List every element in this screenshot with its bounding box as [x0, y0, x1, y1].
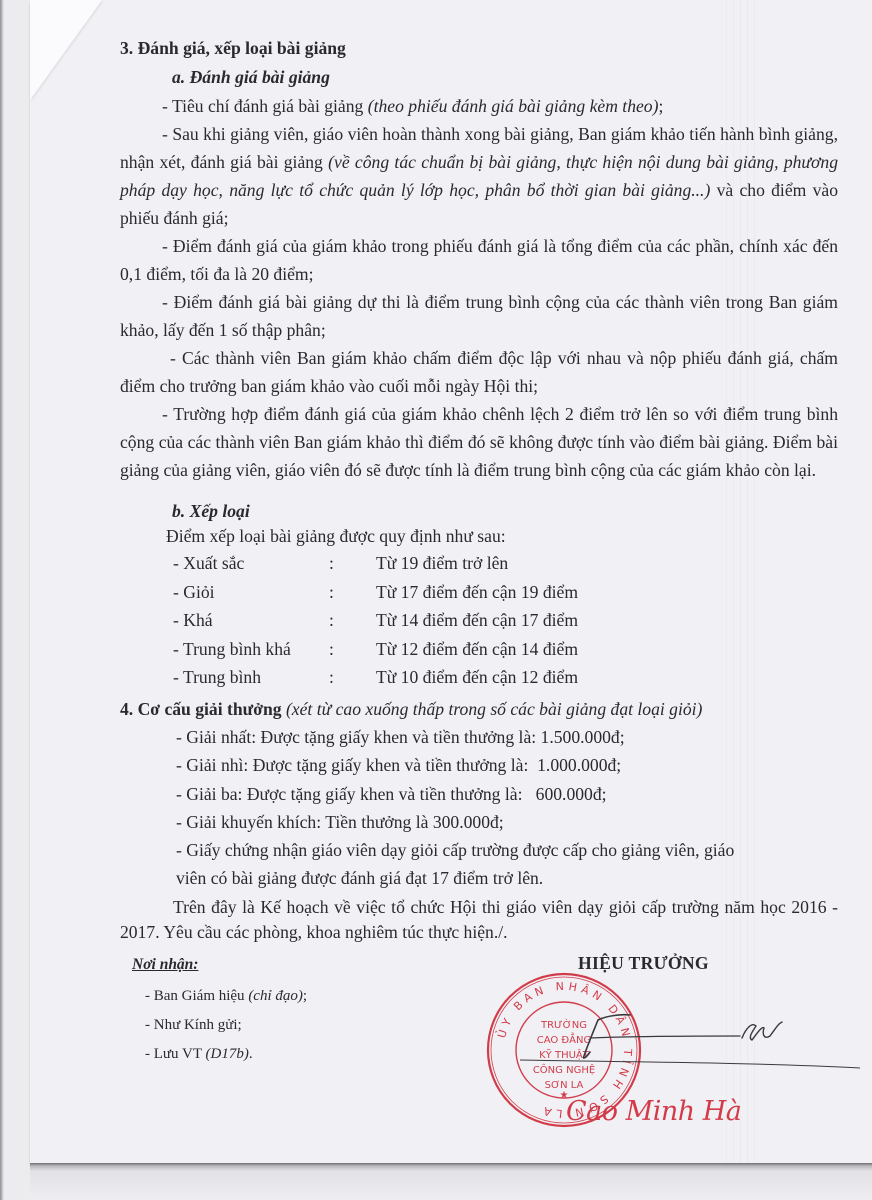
- paragraph-independent-scoring: - Các thành viên Ban giám khảo chấm điểm…: [120, 344, 838, 400]
- page-bottom-edge: [30, 1163, 872, 1200]
- rating-label: - Giỏi: [173, 580, 215, 606]
- handwritten-signature: [520, 1000, 860, 1080]
- rating-separator: :: [329, 637, 334, 663]
- rating-value: Từ 19 điểm trở lên: [376, 551, 508, 577]
- rating-separator: :: [329, 608, 334, 634]
- rating-separator: :: [329, 580, 334, 606]
- prize-item: - Giải khuyến khích: Tiền thưởng là 300.…: [176, 810, 504, 836]
- paragraph-criteria: - Tiêu chí đánh giá bài giảng (theo phiế…: [120, 92, 838, 120]
- rating-label: - Trung bình: [173, 665, 261, 691]
- rating-value: Từ 17 điểm đến cận 19 điểm: [376, 580, 578, 606]
- section-3-heading: 3. Đánh giá, xếp loại bài giảng: [120, 36, 346, 62]
- prize-item: - Giải ba: Được tặng giấy khen và tiền t…: [176, 782, 607, 808]
- paragraph-score-total: - Điểm đánh giá của giám khảo trong phiế…: [120, 232, 838, 288]
- paragraph-judging-process: - Sau khi giảng viên, giáo viên hoàn thà…: [120, 120, 838, 232]
- recipient-item: - Ban Giám hiệu (chỉ đạo);: [145, 988, 307, 1005]
- stamp-inner-text: SƠN LA: [545, 1080, 584, 1091]
- certificate-line-1: - Giấy chứng nhận giáo viên dạy giỏi cấp…: [176, 838, 734, 864]
- paragraph-score-deviation: - Trường hợp điểm đánh giá của giám khảo…: [120, 400, 838, 484]
- rating-separator: :: [329, 551, 334, 577]
- rating-label: - Khá: [173, 608, 213, 634]
- rating-label: - Trung bình khá: [173, 637, 291, 663]
- recipient-item: - Như Kính gửi;: [145, 1017, 242, 1034]
- rating-value: Từ 14 điểm đến cận 17 điểm: [376, 608, 578, 634]
- prize-item: - Giải nhì: Được tặng giấy khen và tiền …: [176, 753, 621, 779]
- subsection-a-heading: a. Đánh giá bài giảng: [172, 65, 330, 91]
- rating-value: Từ 10 điểm đến cận 12 điểm: [376, 665, 578, 691]
- folded-corner: [30, 0, 102, 100]
- rating-separator: :: [329, 665, 334, 691]
- section-4-heading: 4. Cơ cấu giải thưởng (xét từ cao xuống …: [120, 697, 702, 723]
- paragraph-score-average: - Điểm đánh giá bài giảng dự thi là điểm…: [120, 288, 838, 344]
- recipients-title: Nơi nhận:: [132, 956, 198, 974]
- rating-intro: Điểm xếp loại bài giảng được quy định nh…: [166, 524, 506, 550]
- rating-label: - Xuất sắc: [173, 551, 244, 577]
- subsection-b-heading: b. Xếp loại: [172, 499, 250, 525]
- scanner-edge: [0, 0, 34, 1200]
- prize-item: - Giải nhất: Được tặng giấy khen và tiền…: [176, 725, 625, 751]
- closing-paragraph: Trên đây là Kế hoạch về việc tổ chức Hội…: [120, 895, 838, 945]
- rating-value: Từ 12 điểm đến cận 14 điểm: [376, 637, 578, 663]
- certificate-line-2: viên có bài giảng được đánh giá đạt 17 đ…: [176, 866, 543, 892]
- recipient-item: - Lưu VT (D17b).: [145, 1046, 253, 1063]
- signatory-name: Cao Minh Hà: [566, 1096, 741, 1127]
